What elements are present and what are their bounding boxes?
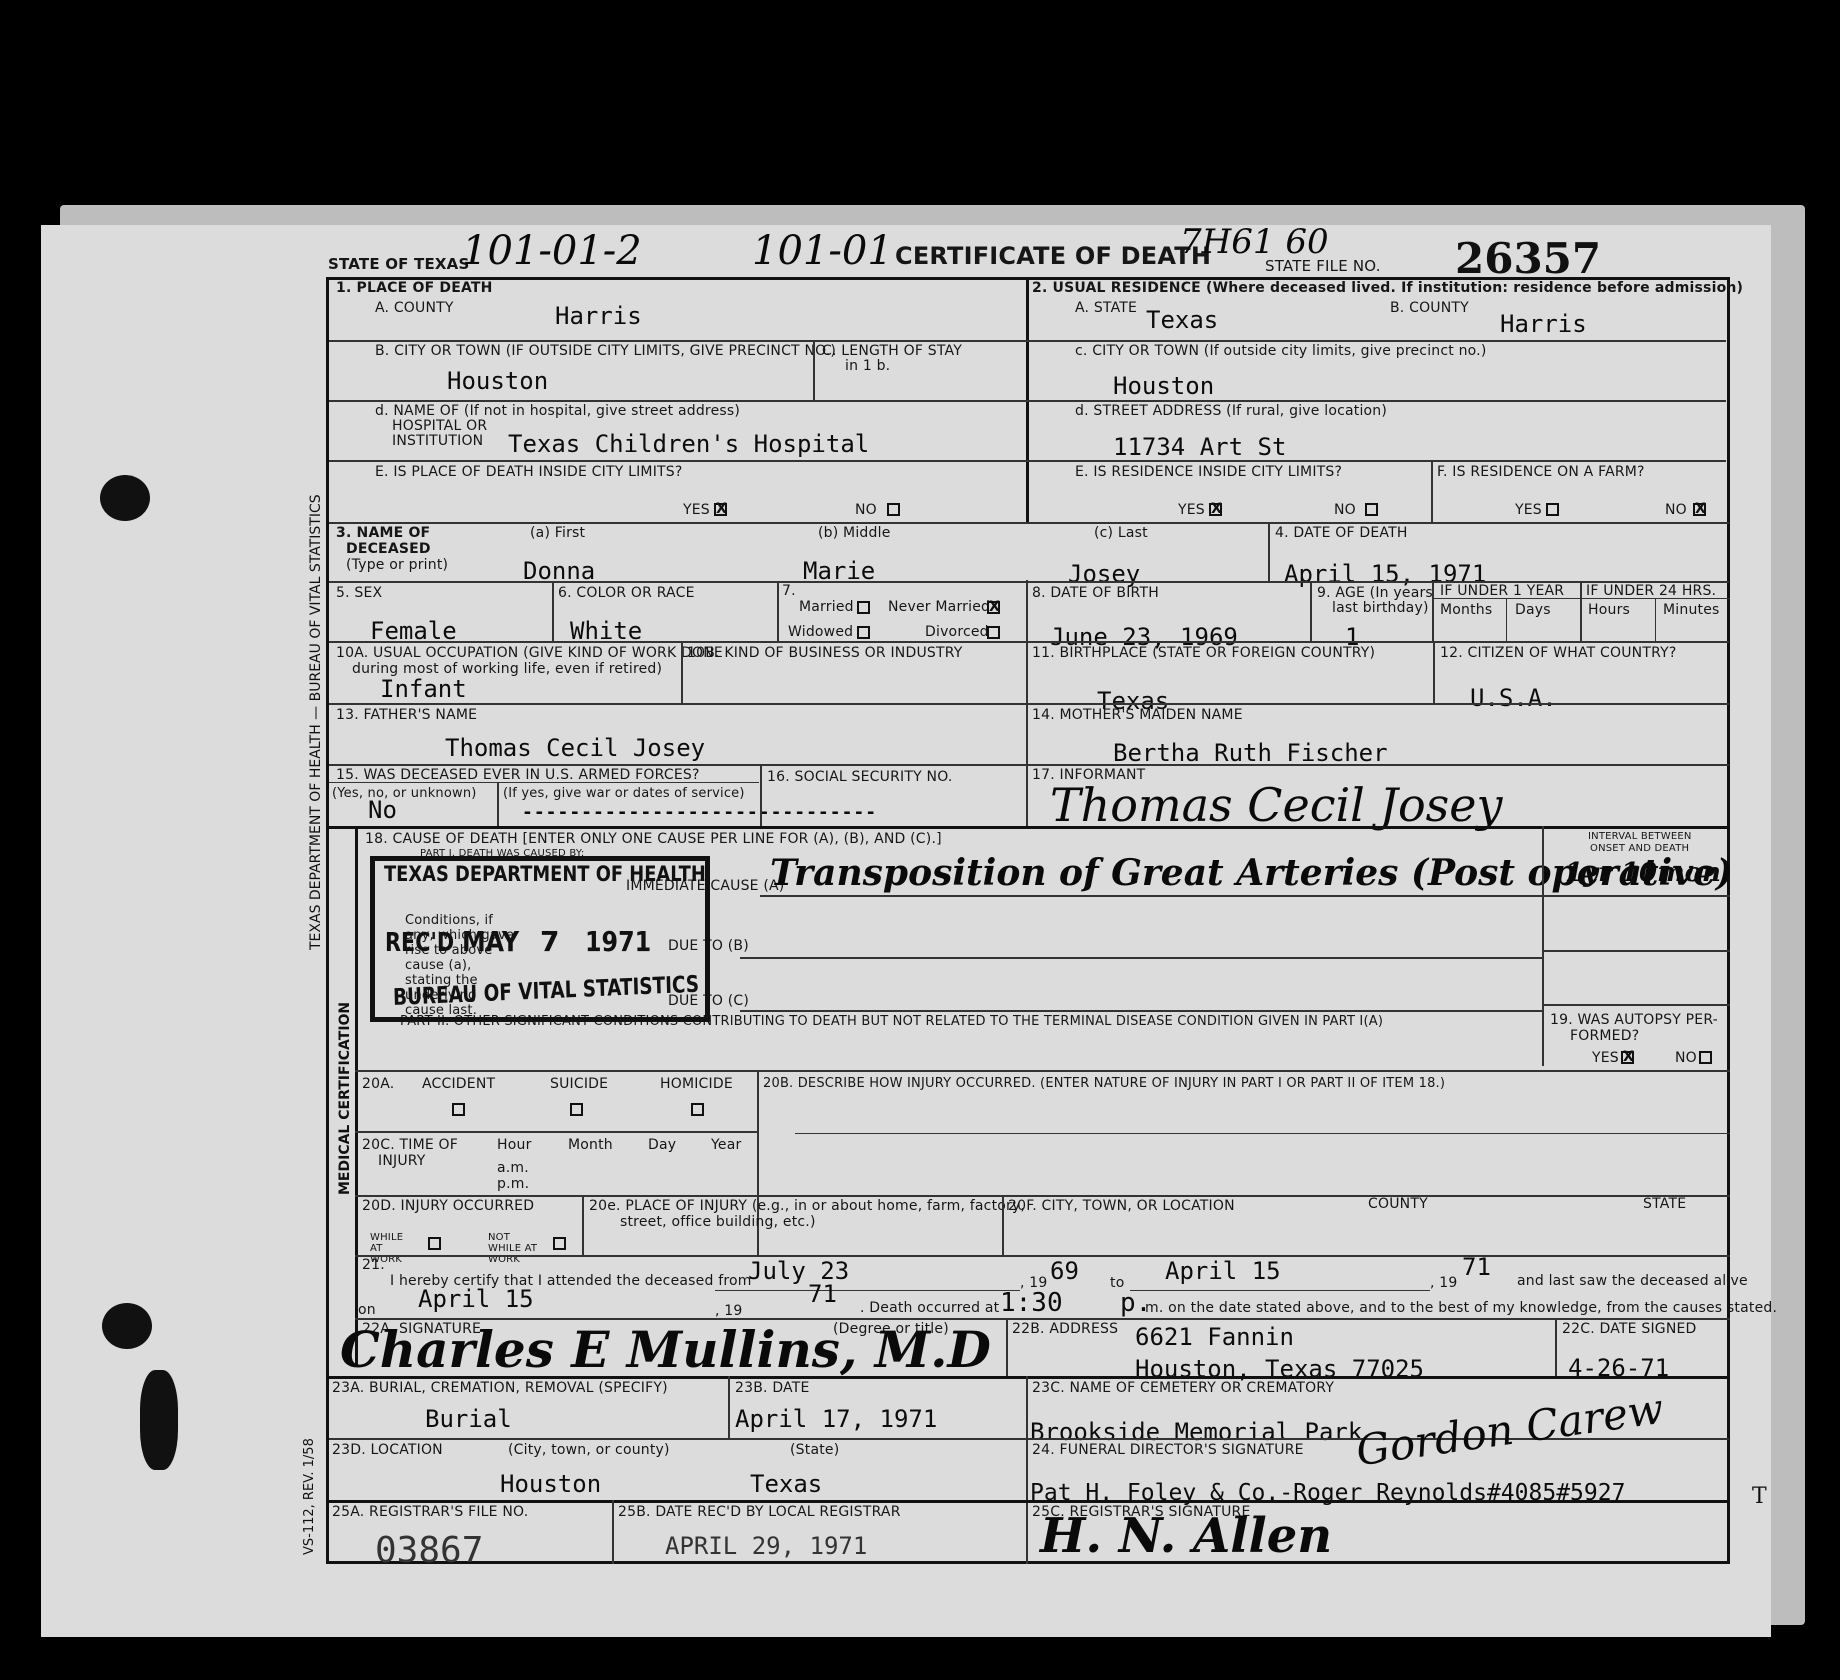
not-while-at-work-checkbox[interactable] [553, 1237, 566, 1250]
divider [329, 340, 1026, 342]
divider [329, 826, 1729, 829]
accident-label: ACCIDENT [422, 1076, 495, 1092]
armed-forces-sub: (Yes, no, or unknown) [332, 786, 477, 801]
location-state-sub: (State) [790, 1442, 839, 1458]
divider [740, 1010, 1542, 1012]
birthplace-label: 11. BIRTHPLACE (State or foreign country… [1032, 645, 1375, 661]
no-label: NO [855, 502, 877, 518]
attended-from-year: 69 [1050, 1257, 1079, 1285]
residence-label: 2. USUAL RESIDENCE (Where deceased lived… [1032, 280, 1743, 296]
registrar-signature: H. N. Allen [1040, 1508, 1332, 1564]
length-of-stay-sub: in 1 b. [845, 358, 890, 374]
divider [1580, 581, 1582, 641]
place-of-injury-label-2: street, office building, etc.) [620, 1214, 816, 1230]
divider [1542, 1004, 1730, 1006]
under-year-label: IF UNDER 1 YEAR [1440, 583, 1564, 599]
race-label: 6. COLOR OR RACE [558, 585, 695, 601]
time-of-injury-label: 20c. TIME OF [362, 1137, 458, 1153]
date-of-death-label: 4. DATE OF DEATH [1275, 525, 1408, 541]
divider [1432, 581, 1434, 641]
res-inside-yes-checkbox[interactable]: X [1209, 503, 1222, 516]
mother-value: Bertha Ruth Fischer [1113, 739, 1388, 767]
informant-signature: Thomas Cecil Josey [1050, 778, 1502, 832]
time-of-injury-label-2: INJURY [378, 1153, 426, 1169]
disposition-location-label: 23d. LOCATION [332, 1442, 443, 1458]
hospital-label-3: INSTITUTION [392, 433, 483, 449]
last-saw-text: and last saw the deceased alive [1517, 1273, 1748, 1289]
months-label: Months [1440, 602, 1492, 618]
suicide-checkbox[interactable] [570, 1103, 583, 1116]
year-label: Year [711, 1137, 741, 1153]
accident-checkbox[interactable] [452, 1103, 465, 1116]
divider [329, 460, 1026, 462]
disposition-method-value: Burial [425, 1405, 512, 1433]
interval-label-2: ONSET AND DEATH [1590, 843, 1689, 854]
divider [1542, 950, 1730, 952]
suicide-label: SUICIDE [550, 1076, 608, 1092]
stamp-year: 1971 [585, 925, 651, 958]
farm-label: f. IS RESIDENCE ON A FARM? [1437, 464, 1645, 480]
occupation-value: Infant [380, 675, 467, 703]
funeral-director-label: 24. FUNERAL DIRECTOR'S SIGNATURE [1032, 1442, 1304, 1458]
divider [329, 400, 1026, 402]
interval-value: 1yr 10mon [1565, 858, 1721, 888]
death-time: 1:30 [1000, 1288, 1063, 1318]
divider [329, 764, 1729, 766]
cause-label: 18. CAUSE OF DEATH [Enter only one cause… [365, 831, 942, 847]
res-inside-no-checkbox[interactable] [1365, 503, 1378, 516]
divider [1432, 598, 1730, 599]
divider [1542, 895, 1730, 897]
while-at-work-checkbox[interactable] [428, 1237, 441, 1250]
pm-label: p.m. [497, 1176, 529, 1192]
interval-label: INTERVAL BETWEEN [1588, 831, 1692, 842]
date-of-birth-label: 8. DATE OF BIRTH [1032, 585, 1159, 601]
punch-hole [100, 475, 150, 521]
city-label: b. CITY OR TOWN (If outside city limits,… [375, 343, 836, 359]
name-label-3: (Type or print) [346, 557, 448, 573]
no-label: NO [1334, 502, 1356, 518]
injury-county-label: COUNTY [1368, 1196, 1428, 1212]
attended-to-date: April 15 [1165, 1257, 1281, 1285]
injury-state-label: STATE [1643, 1196, 1686, 1212]
hospital-label-2: HOSPITAL OR [392, 418, 487, 434]
am-label: a.m. [497, 1160, 529, 1176]
autopsy-yes-checkbox[interactable]: X [1621, 1051, 1634, 1064]
divorced-checkbox[interactable] [987, 626, 1000, 639]
yes-label: YES [1592, 1050, 1619, 1066]
divider [1002, 1195, 1004, 1255]
first-name-label: (a) First [530, 525, 585, 541]
certification-number: 21. [362, 1257, 385, 1273]
no-label: NO [1665, 502, 1687, 518]
yes-label: YES [1515, 502, 1542, 518]
attended-to-year: 71 [1462, 1253, 1491, 1281]
handwritten-code: 101-01 [752, 228, 893, 274]
inside-limits-yes-checkbox[interactable]: X [714, 503, 727, 516]
res-inside-limits-label: e. IS RESIDENCE INSIDE CITY LIMITS? [1075, 464, 1342, 480]
hours-label: Hours [1588, 602, 1630, 618]
divider [1555, 1318, 1557, 1376]
divider [1542, 826, 1544, 1066]
widowed-checkbox[interactable] [857, 626, 870, 639]
never-married-label: Never Married [888, 599, 990, 615]
res-county-value: Harris [1500, 310, 1587, 338]
hospital-value: Texas Children's Hospital [508, 430, 869, 458]
divider [1506, 598, 1507, 641]
father-label: 13. FATHER'S NAME [336, 707, 477, 723]
disposition-date-value: April 17, 1971 [735, 1405, 937, 1433]
punch-hole [102, 1303, 152, 1349]
describe-injury-label: 20b. DESCRIBE HOW INJURY OCCURRED. (Ente… [763, 1076, 1445, 1091]
form-revision: VS-112, REV. 1/58 [302, 1438, 317, 1555]
department-margin-text: TEXAS DEPARTMENT OF HEALTH — BUREAU OF V… [308, 494, 324, 950]
divider [1006, 1318, 1008, 1376]
stamp-month: MAY [462, 925, 519, 958]
divider [329, 782, 759, 783]
registrar-file-label: 25a. REGISTRAR'S FILE NO. [332, 1504, 528, 1520]
not-while-at-work-label: NOT WHILE AT WORK [488, 1232, 546, 1265]
divider [1268, 522, 1270, 582]
last-name-value: Josey [1068, 560, 1140, 588]
length-of-stay-label: c. LENGTH OF STAY [822, 343, 962, 359]
injury-type-label: 20a. [362, 1076, 394, 1092]
document-title: CERTIFICATE OF DEATH [895, 242, 1211, 270]
divider [1026, 460, 1726, 462]
yes-label: YES [1178, 502, 1205, 518]
res-state-value: Texas [1146, 306, 1218, 334]
cemetery-label: 23c. NAME OF CEMETERY OR CREMATORY [1032, 1380, 1334, 1396]
divider [1431, 460, 1433, 522]
stamp-received: REC'D [385, 928, 454, 958]
handwritten-code: 101-01-2 [462, 228, 642, 274]
divorced-label: Divorced [925, 624, 989, 640]
divider [355, 826, 358, 1366]
autopsy-label-2: FORMED? [1570, 1028, 1639, 1044]
divider [1026, 1376, 1028, 1564]
knowledge-text: m. on the date stated above, and to the … [1145, 1300, 1777, 1316]
divider [329, 1376, 1729, 1379]
name-label-2: DECEASED [346, 541, 431, 557]
on-label: on [358, 1302, 376, 1318]
injury-city-label: 20f. CITY, TOWN, OR LOCATION [1008, 1198, 1235, 1214]
res-street-value: 11734 Art St [1113, 433, 1286, 461]
res-city-value: Houston [1113, 372, 1214, 400]
divider [355, 1131, 757, 1133]
county-label: a. COUNTY [375, 300, 454, 316]
year-prefix: , 19 [1430, 1275, 1458, 1291]
divider [1130, 1290, 1430, 1291]
location-city-sub: (City, town, or county) [508, 1442, 670, 1458]
place-of-injury-label: 20e. PLACE OF INJURY (e.g., in or about … [589, 1198, 1025, 1214]
divider [612, 1500, 614, 1564]
state-file-label: STATE FILE NO. [1265, 257, 1381, 275]
registrar-file-number: 03867 [375, 1530, 483, 1571]
farm-yes-checkbox[interactable] [1546, 503, 1559, 516]
disposition-state-value: Texas [750, 1470, 822, 1498]
divider [355, 1195, 1730, 1197]
hour-label: Hour [497, 1137, 532, 1153]
never-married-checkbox[interactable]: X [987, 601, 1000, 614]
autopsy-no-checkbox[interactable] [1699, 1051, 1712, 1064]
father-value: Thomas Cecil Josey [445, 734, 705, 762]
autopsy-label: 19. WAS AUTOPSY PER- [1550, 1012, 1718, 1028]
physician-signature: Charles E Mullins, M.D [340, 1320, 991, 1379]
divider [582, 1195, 584, 1255]
divider [329, 522, 1729, 524]
divider [1433, 641, 1435, 703]
divider [760, 764, 762, 828]
citizen-label: 12. CITIZEN OF WHAT COUNTRY? [1440, 645, 1677, 661]
divider [329, 703, 1729, 705]
inside-limits-no-checkbox[interactable] [887, 503, 900, 516]
place-of-death-label: 1. PLACE OF DEATH [336, 280, 493, 296]
divider [795, 1133, 1730, 1134]
ssn-label: 16. SOCIAL SECURITY NO. [767, 769, 953, 785]
divider [715, 1290, 1020, 1291]
middle-name-label: (b) Middle [818, 525, 891, 541]
divider [777, 581, 779, 641]
physician-address-line-1: 6621 Fannin [1135, 1323, 1294, 1351]
minutes-label: Minutes [1663, 602, 1720, 618]
married-label: Married [799, 599, 854, 615]
res-street-label: d. STREET ADDRESS (If rural, give locati… [1075, 403, 1387, 419]
res-state-label: a. STATE [1075, 300, 1137, 316]
homicide-checkbox[interactable] [691, 1103, 704, 1116]
age-label: 9. AGE (In years [1317, 585, 1433, 601]
registrar-date-label: 25b. DATE REC'D BY LOCAL REGISTRAR [618, 1504, 901, 1520]
divider [1655, 598, 1656, 641]
divider [329, 641, 1729, 643]
stamp-line-1: TEXAS DEPARTMENT OF HEALTH [384, 862, 706, 886]
divider [552, 581, 554, 641]
armed-forces-label: 15. WAS DECEASED EVER IN U.S. ARMED FORC… [336, 767, 700, 783]
physician-address-label: 22b. ADDRESS [1012, 1321, 1118, 1337]
service-dates-sub: (If yes, give war or dates of service) [503, 786, 745, 801]
divider [355, 1255, 1730, 1257]
day-label: Day [648, 1137, 676, 1153]
name-label: 3. NAME OF [336, 525, 430, 541]
occupation-label: 10a. USUAL OCCUPATION (Give kind of work… [336, 645, 723, 661]
disposition-method-label: 23a. BURIAL, CREMATION, REMOVAL (Specify… [332, 1380, 668, 1396]
service-dates-value: ------------------------------ [522, 802, 877, 823]
homicide-label: HOMICIDE [660, 1076, 733, 1092]
last-seen-date: April 15 [418, 1285, 534, 1313]
death-occurred-label: . Death occurred at [860, 1300, 999, 1316]
binding-tear [140, 1370, 178, 1470]
handwritten-code: 7H61 60 [1180, 222, 1329, 262]
divider [497, 782, 499, 828]
stamp-day: 7 [540, 925, 559, 958]
state-label: STATE OF TEXAS [328, 255, 470, 273]
last-name-label: (c) Last [1094, 525, 1148, 541]
business-label: 10b. KIND OF BUSINESS OR INDUSTRY [687, 645, 963, 661]
death-county-value: Harris [555, 302, 642, 330]
divider [329, 1500, 1729, 1503]
divider [1026, 340, 1726, 342]
citizen-value: U.S.A. [1470, 684, 1557, 712]
divider [1310, 581, 1312, 641]
days-label: Days [1515, 602, 1551, 618]
divider [728, 1376, 730, 1438]
farm-no-checkbox[interactable]: X [1693, 503, 1706, 516]
res-city-label: c. CITY OR TOWN (If outside city limits,… [1075, 343, 1487, 359]
divider [1026, 400, 1726, 402]
divider [760, 895, 1542, 897]
date-signed-label: 22c. DATE SIGNED [1562, 1321, 1697, 1337]
injury-occurred-label: 20d. INJURY OCCURRED [362, 1198, 534, 1214]
widowed-label: Widowed [788, 624, 853, 640]
side-mark: T [1752, 1484, 1767, 1509]
divider [740, 957, 1542, 959]
armed-forces-value: No [368, 796, 397, 824]
mother-label: 14. MOTHER'S MAIDEN NAME [1032, 707, 1243, 723]
disposition-city-value: Houston [500, 1470, 601, 1498]
res-county-label: b. COUNTY [1390, 300, 1469, 316]
hospital-label: d. NAME OF (If not in hospital, give str… [375, 403, 740, 419]
married-checkbox[interactable] [857, 601, 870, 614]
age-label-2: last birthday) [1332, 600, 1429, 616]
disposition-date-label: 23b. DATE [735, 1380, 810, 1396]
under-24hrs-label: IF UNDER 24 HRS. [1586, 583, 1716, 599]
state-file-number: 26357 [1455, 234, 1601, 283]
divider [355, 1070, 1730, 1072]
registrar-date-value: APRIL 29, 1971 [665, 1532, 867, 1560]
no-label: NO [1675, 1050, 1697, 1066]
divider [681, 641, 683, 703]
marital-label: 7. [782, 583, 796, 599]
year-prefix: , 19 [715, 1303, 743, 1319]
yes-label: YES [683, 502, 710, 518]
divider [813, 340, 815, 400]
last-seen-year: 71 [808, 1280, 837, 1308]
sex-label: 5. SEX [336, 585, 382, 601]
month-label: Month [568, 1137, 613, 1153]
death-city-value: Houston [447, 367, 548, 395]
inside-limits-label: e. IS PLACE OF DEATH INSIDE CITY LIMITS? [375, 464, 683, 480]
